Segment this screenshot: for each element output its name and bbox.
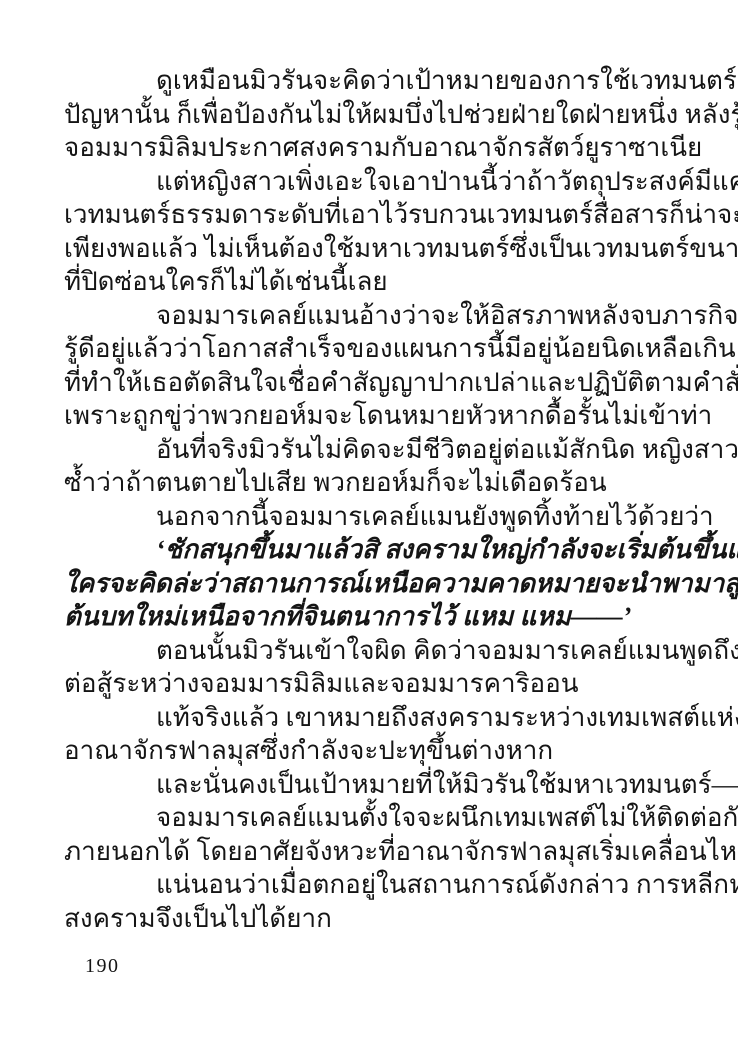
- text-line: ตอนนั้นมิวรันเข้าใจผิด คิดว่าจอมมารเคลย์…: [64, 634, 678, 668]
- text-line: แน่นอนว่าเมื่อตกอยู่ในสถานการณ์ดังกล่าว …: [64, 868, 678, 902]
- text-line: ซ้ำว่าถ้าตนตายไปเสีย พวกยอห์มก็จะไม่เดือ…: [64, 466, 678, 500]
- text-line: รู้ดีอยู่แล้วว่าโอกาสสำเร็จของแผนการนี้ม…: [64, 332, 678, 366]
- paragraph: แต่หญิงสาวเพิ่งเอะใจเอาป่านนี้ว่าถ้าวัตถ…: [64, 165, 678, 299]
- text-line: ปัญหานั้น ก็เพื่อป้องกันไม่ให้ผมบึ่งไปช่…: [64, 98, 678, 132]
- quote-paragraph: ‘ชักสนุกขึ้นมาแล้วสิ สงครามใหญ่กำลังจะเร…: [64, 533, 678, 634]
- text-line: เพียงพอแล้ว ไม่เห็นต้องใช้มหาเวทมนตร์ซึ่…: [64, 232, 678, 266]
- text-line: และนั่นคงเป็นเป้าหมายที่ให้มิวรันใช้มหาเ…: [64, 768, 678, 802]
- text-block: ดูเหมือนมิวรันจะคิดว่าเป้าหมายของการใช้เ…: [64, 64, 678, 935]
- text-line: จอมมารเคลย์แมนตั้งใจจะผนึกเทมเพสต์ไม่ให้…: [64, 801, 678, 835]
- paragraph: ตอนนั้นมิวรันเข้าใจผิด คิดว่าจอมมารเคลย์…: [64, 634, 678, 701]
- text-line: จอมมารเคลย์แมนอ้างว่าจะให้อิสรภาพหลังจบภ…: [64, 299, 678, 333]
- text-line: ใครจะคิดล่ะว่าสถานการณ์เหนือความคาดหมายจ…: [64, 567, 678, 601]
- text-line: อันที่จริงมิวรันไม่คิดจะมีชีวิตอยู่ต่อแม…: [64, 433, 678, 467]
- text-line: ภายนอกได้ โดยอาศัยจังหวะที่อาณาจักรฟาลมุ…: [64, 835, 678, 869]
- text-line: ต้นบทใหม่เหนือจากที่จินตนาการไว้ แหม แหม…: [64, 600, 678, 634]
- page-number: 190: [85, 955, 120, 978]
- paragraph: จอมมารเคลย์แมนตั้งใจจะผนึกเทมเพสต์ไม่ให้…: [64, 801, 678, 868]
- paragraph: ดูเหมือนมิวรันจะคิดว่าเป้าหมายของการใช้เ…: [64, 64, 678, 165]
- text-line: ‘ชักสนุกขึ้นมาแล้วสิ สงครามใหญ่กำลังจะเร…: [64, 533, 678, 567]
- book-page: ดูเหมือนมิวรันจะคิดว่าเป้าหมายของการใช้เ…: [0, 0, 738, 1051]
- text-line: เวทมนตร์ธรรมดาระดับที่เอาไว้รบกวนเวทมนตร…: [64, 198, 678, 232]
- paragraph: และนั่นคงเป็นเป้าหมายที่ให้มิวรันใช้มหาเ…: [64, 768, 678, 802]
- text-line: จอมมารมิลิมประกาศสงครามกับอาณาจักรสัตว์ย…: [64, 131, 678, 165]
- text-line: สงครามจึงเป็นไปได้ยาก: [64, 902, 678, 936]
- text-line: ต่อสู้ระหว่างจอมมารมิลิมและจอมมารคาริออน: [64, 667, 678, 701]
- text-line: แต่หญิงสาวเพิ่งเอะใจเอาป่านนี้ว่าถ้าวัตถ…: [64, 165, 678, 199]
- text-line: ที่ปิดซ่อนใครก็ไม่ได้เช่นนี้เลย: [64, 265, 678, 299]
- paragraph: แท้จริงแล้ว เขาหมายถึงสงครามระหว่างเทมเพ…: [64, 701, 678, 768]
- paragraph: จอมมารเคลย์แมนอ้างว่าจะให้อิสรภาพหลังจบภ…: [64, 299, 678, 433]
- text-line: ที่ทำให้เธอตัดสินใจเชื่อคำสัญญาปากเปล่าแ…: [64, 366, 678, 400]
- text-line: ดูเหมือนมิวรันจะคิดว่าเป้าหมายของการใช้เ…: [64, 64, 678, 98]
- text-line: เพราะถูกขู่ว่าพวกยอห์มจะโดนหมายหัวหากดื้…: [64, 399, 678, 433]
- paragraph: อันที่จริงมิวรันไม่คิดจะมีชีวิตอยู่ต่อแม…: [64, 433, 678, 500]
- text-line: อาณาจักรฟาลมุสซึ่งกำลังจะปะทุขึ้นต่างหาก: [64, 734, 678, 768]
- text-line: นอกจากนี้จอมมารเคลย์แมนยังพูดทิ้งท้ายไว้…: [64, 500, 678, 534]
- paragraph: แน่นอนว่าเมื่อตกอยู่ในสถานการณ์ดังกล่าว …: [64, 868, 678, 935]
- paragraph: นอกจากนี้จอมมารเคลย์แมนยังพูดทิ้งท้ายไว้…: [64, 500, 678, 534]
- text-line: แท้จริงแล้ว เขาหมายถึงสงครามระหว่างเทมเพ…: [64, 701, 678, 735]
